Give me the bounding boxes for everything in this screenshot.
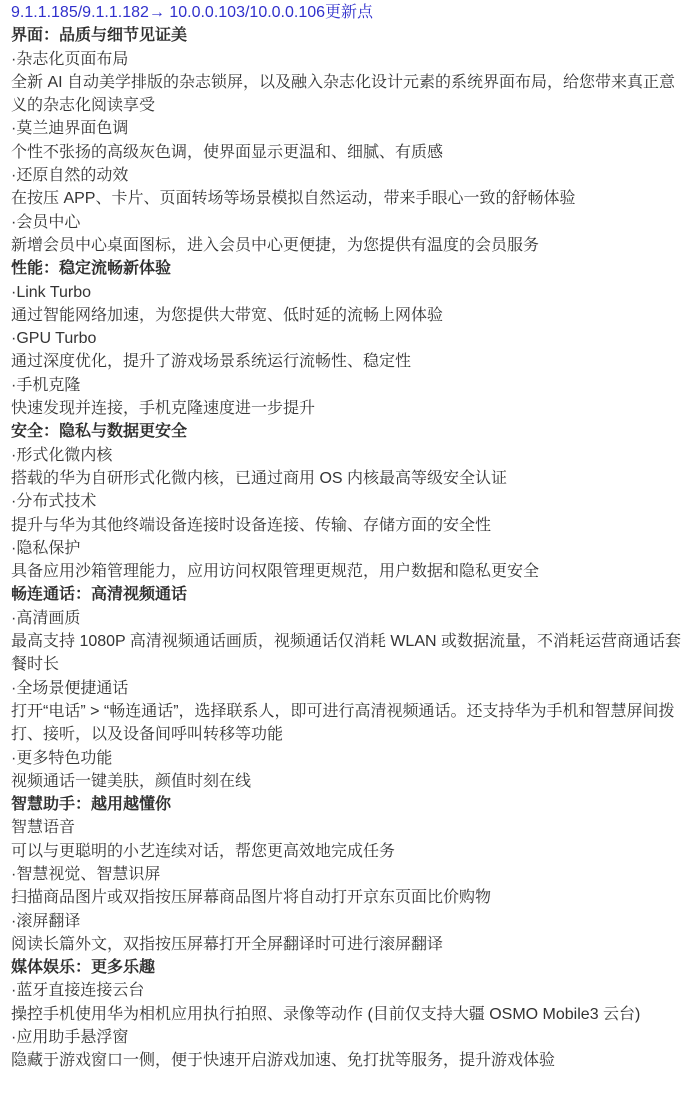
feature-description: 扫描商品图片或双指按压屏幕商品图片将自动打开京东页面比价购物	[11, 886, 685, 909]
section-heading: 智慧助手：越用越懂你	[11, 793, 685, 816]
feature-description: 阅读长篇外文，双指按压屏幕打开全屏翻译时可进行滚屏翻译	[11, 933, 685, 956]
feature-title: ·会员中心	[11, 211, 685, 234]
section-heading: 性能：稳定流畅新体验	[11, 257, 685, 280]
feature-title: ·手机克隆	[11, 374, 685, 397]
feature-description: 在按压 APP、卡片、页面转场等场景模拟自然运动，带来手眼心一致的舒畅体验	[11, 187, 685, 210]
feature-title: ·GPU Turbo	[11, 327, 685, 350]
feature-description: 搭载的华为自研形式化微内核，已通过商用 OS 内核最高等级安全认证	[11, 467, 685, 490]
feature-title: ·智慧视觉、智慧识屏	[11, 863, 685, 886]
section-heading: 界面：品质与细节见证美	[11, 24, 685, 47]
feature-title: ·莫兰迪界面色调	[11, 117, 685, 140]
feature-description: 可以与更聪明的小艺连续对话，帮您更高效地完成任务	[11, 840, 685, 863]
feature-title: ·滚屏翻译	[11, 910, 685, 933]
feature-title: ·隐私保护	[11, 537, 685, 560]
feature-description: 最高支持 1080P 高清视频通话画质，视频通话仅消耗 WLAN 或数据流量，不…	[11, 630, 685, 677]
feature-title: ·全场景便捷通话	[11, 677, 685, 700]
feature-title: ·形式化微内核	[11, 444, 685, 467]
feature-description: 通过深度优化，提升了游戏场景系统运行流畅性、稳定性	[11, 350, 685, 373]
feature-description: 快速发现并连接，手机克隆速度进一步提升	[11, 397, 685, 420]
feature-title: ·高清画质	[11, 607, 685, 630]
feature-title: ·更多特色功能	[11, 747, 685, 770]
version-update-link[interactable]: 9.1.1.185/9.1.1.182→ 10.0.0.103/10.0.0.1…	[11, 1, 685, 24]
feature-title: ·应用助手悬浮窗	[11, 1026, 685, 1049]
feature-description: 打开“电话” > “畅连通话”，选择联系人，即可进行高清视频通话。还支持华为手机…	[11, 700, 685, 747]
feature-description: 具备应用沙箱管理能力，应用访问权限管理更规范，用户数据和隐私更安全	[11, 560, 685, 583]
feature-description: 隐藏于游戏窗口一侧，便于快速开启游戏加速、免打扰等服务，提升游戏体验	[11, 1049, 685, 1072]
feature-description: 全新 AI 自动美学排版的杂志锁屏，以及融入杂志化设计元素的系统界面布局，给您带…	[11, 71, 685, 118]
feature-description: 视频通话一键美肤，颜值时刻在线	[11, 770, 685, 793]
feature-title: ·分布式技术	[11, 490, 685, 513]
feature-title: ·杂志化页面布局	[11, 48, 685, 71]
feature-title: ·Link Turbo	[11, 281, 685, 304]
feature-title: ·还原自然的动效	[11, 164, 685, 187]
feature-description: 操控手机使用华为相机应用执行拍照、录像等动作 (目前仅支持大疆 OSMO Mob…	[11, 1003, 685, 1026]
section-heading: 畅连通话：高清视频通话	[11, 583, 685, 606]
section-heading: 媒体娱乐：更多乐趣	[11, 956, 685, 979]
sections-container: 界面：品质与细节见证美·杂志化页面布局全新 AI 自动美学排版的杂志锁屏，以及融…	[11, 24, 685, 1072]
section-heading: 安全：隐私与数据更安全	[11, 420, 685, 443]
feature-description: 新增会员中心桌面图标，进入会员中心更便捷，为您提供有温度的会员服务	[11, 234, 685, 257]
feature-title: 智慧语音	[11, 816, 685, 839]
feature-description: 提升与华为其他终端设备连接时设备连接、传输、存储方面的安全性	[11, 514, 685, 537]
feature-description: 个性不张扬的高级灰色调，使界面显示更温和、细腻、有质感	[11, 141, 685, 164]
feature-title: ·蓝牙直接连接云台	[11, 979, 685, 1002]
feature-description: 通过智能网络加速，为您提供大带宽、低时延的流畅上网体验	[11, 304, 685, 327]
changelog-document: 9.1.1.185/9.1.1.182→ 10.0.0.103/10.0.0.1…	[0, 0, 699, 1073]
